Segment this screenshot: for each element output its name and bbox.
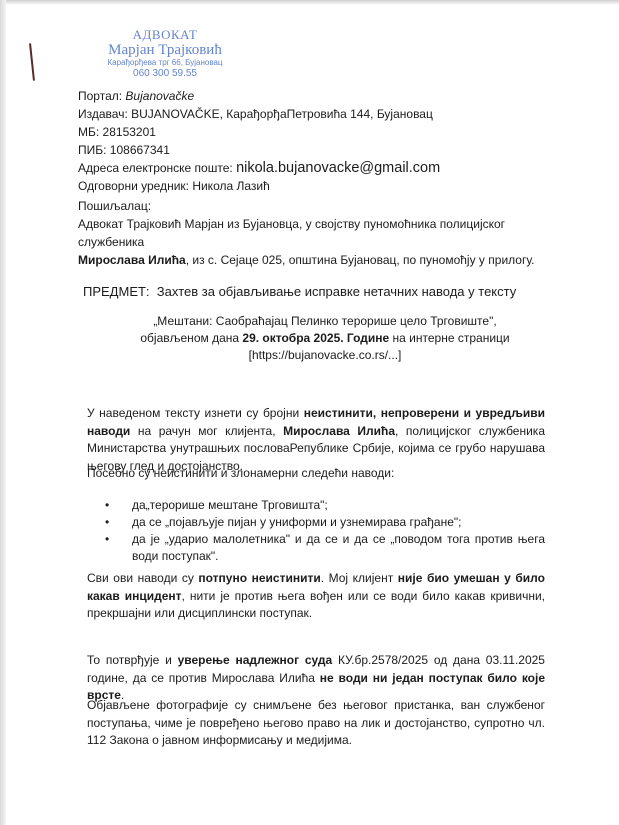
article-title: „Мештани: Саобраћајац Пелинко терорише ц… [130, 313, 520, 330]
subject-text: Захтев за објављивање исправке нетачних … [157, 284, 516, 299]
sender-label: Пошиљалац: [78, 197, 548, 215]
scan-page-edge [0, 0, 6, 825]
article-reference: „Мештани: Саобраћајац Пелинко терорише ц… [130, 313, 520, 364]
scan-page-top-edge [6, 0, 619, 5]
email-address: nikola.bujanovacke@gmail.com [236, 160, 440, 176]
paragraph-3: Сви ови наводи су потпуно неистинити. Мо… [87, 570, 545, 623]
list-item: да се „појављује пијан у униформи и узне… [105, 514, 545, 531]
stamp-address: Карађорђева трг 66, Бујановац [100, 58, 230, 68]
portal-line: Портал: Bujanovačke [78, 87, 440, 105]
publisher-line: Издавач: BUJANOVAČKE, КарађорђаПетровића… [78, 105, 440, 123]
claims-list: да„терорише мештане Трговишта"; да се „п… [105, 497, 545, 565]
stamp-name: Марјан Трајковић [100, 42, 230, 58]
stamp-title: АДВОКАТ [100, 28, 230, 42]
subject-line: ПРЕДМЕТ: Захтев за објављивање исправке … [83, 283, 516, 301]
email-line: Адреса електронске поште: nikola.bujanov… [78, 159, 440, 177]
pib-line: ПИБ: 108667341 [78, 141, 440, 159]
list-item: да„терорише мештане Трговишта"; [105, 497, 545, 514]
mb-line: МБ: 28153201 [78, 123, 440, 141]
article-url: [https://bujanovacke.co.rs/...] [130, 347, 520, 364]
stamp-phone: 060 300 59.55 [100, 68, 230, 79]
pen-mark [29, 43, 35, 81]
list-item: да је „ударио малолетника" и да се и да … [105, 531, 545, 565]
paragraph-5: Објављене фотографије су снимљене без ње… [87, 697, 545, 750]
lawyer-stamp: АДВОКАТ Марјан Трајковић Карађорђева трг… [100, 28, 230, 79]
sender-line-1: Адвокат Трајковић Марјан из Бујановца, у… [78, 215, 548, 251]
recipient-header: Портал: Bujanovačke Издавач: BUJANOVAČKE… [78, 87, 440, 195]
sender-block: Пошиљалац: Адвокат Трајковић Марјан из Б… [78, 197, 548, 269]
portal-name: Bujanovačke [125, 89, 194, 103]
editor-line: Одговорни уредник: Никола Лазић [78, 177, 440, 195]
sender-line-2: Мирослава Илића, из с. Сејаце 025, општи… [78, 251, 548, 269]
paragraph-2: Посебно су неистинити и злонамерни следе… [87, 465, 545, 483]
subject-label: ПРЕДМЕТ: [83, 284, 150, 299]
article-published: објављеном дана 29. октобра 2025. Године… [130, 330, 520, 347]
